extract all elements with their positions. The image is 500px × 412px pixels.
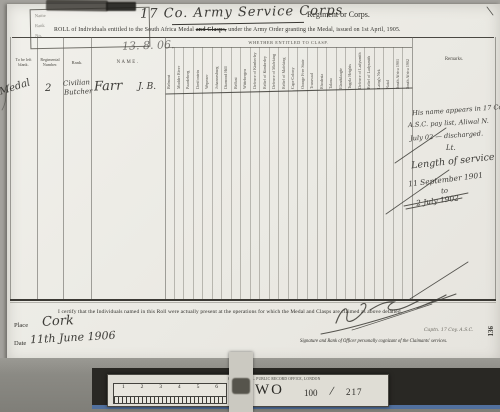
clasp-label: Natal — [386, 49, 390, 89]
clasp-label: South Africa 1902 — [406, 49, 410, 89]
clasp-label: Relief of Ladysmith — [367, 49, 371, 89]
clasp-label: Tugela Heights — [348, 49, 352, 89]
ruler-ticks-icon — [114, 396, 226, 403]
clasp-label: South Africa 1901 — [396, 49, 400, 89]
header-rank: Rank. — [64, 60, 90, 65]
row-regimental-number: 2 — [45, 83, 51, 94]
ink-stamp-smudge-dark — [106, 2, 136, 11]
clasp-column: Defence of Ladysmith — [356, 47, 366, 300]
clasp-column: Modder River — [175, 47, 185, 300]
header-remarks: Remarks. — [413, 57, 495, 62]
ruler-number: 2 — [141, 384, 144, 391]
certification-text: I certify that the Individuals named in … — [58, 309, 402, 315]
officer-rank: Captn. 17 Coy. A.S.C. — [424, 328, 473, 333]
clasp-label: Relief of Kimberley — [263, 49, 267, 89]
ruler-number: 3 — [159, 384, 162, 391]
table-bottom-rule — [10, 299, 496, 301]
clasp-label: Elandslaagte — [339, 49, 343, 89]
clasp-column: Transvaal — [308, 47, 318, 300]
header-clasp-span: WHETHER ENTITLED TO CLASP. — [165, 40, 412, 45]
ink-stamp-smudge — [46, 0, 108, 11]
place-value: Cork — [42, 313, 75, 330]
clasp-column: Tugela Heights — [346, 47, 356, 300]
clasp-label: Transvaal — [310, 49, 314, 89]
clasp-column: Rhodesia — [318, 47, 328, 300]
clasp-label: Defence of Ladysmith — [358, 49, 362, 89]
header-blank: To be left blank. — [11, 57, 36, 67]
ruler-number: 1 — [122, 384, 125, 391]
ruler-number: 6 — [215, 384, 218, 391]
reference-piece: 217 — [346, 387, 363, 397]
clasp-label: Wepener — [205, 49, 209, 89]
clasp-label: Wittebergen — [243, 49, 247, 89]
clasp-column: Elandslaagte — [337, 47, 347, 300]
clasp-column: Wittebergen — [241, 47, 251, 300]
header-number: Regimental Number. — [38, 57, 62, 67]
table-bottom-rule-thin — [10, 302, 496, 303]
clasp-column: Johannesburg — [213, 47, 223, 300]
table-line-right — [495, 37, 496, 300]
reference-series: 100 — [304, 388, 318, 398]
clasp-label: Paardeberg — [186, 49, 190, 89]
table-line-col1 — [37, 37, 38, 300]
clasp-column: Diamond Hill — [222, 47, 232, 300]
clasp-label: Cape Colony — [291, 49, 295, 89]
clasp-column: Orange Free State — [298, 47, 308, 300]
clasp-label: Relief of Mafeking — [282, 49, 286, 89]
roll-title-pre: ROLL of Individuals entitled to the Sout… — [54, 27, 196, 33]
ruler-number: 4 — [178, 384, 181, 391]
clasp-column: Wepener — [203, 47, 213, 300]
clasp-column: Relief of Mafeking — [279, 47, 289, 300]
roll-title-struck: and Clasps, — [196, 27, 227, 33]
clasp-label: Rhodesia — [320, 49, 324, 89]
roll-title-post: under the Army Order granting the Medal,… — [227, 27, 401, 33]
clasp-label: Dreifontein — [196, 49, 200, 89]
table-line-col3 — [91, 37, 92, 300]
binder-clip-tab — [229, 352, 253, 412]
row-initials: J. B. — [138, 82, 156, 92]
clasp-label: Talana — [329, 49, 333, 89]
table-line-col2 — [63, 37, 64, 300]
clasp-label: Belmont — [167, 49, 171, 89]
clasp-label: Orange Free State — [301, 49, 305, 89]
ruler-numbers: 123456 — [114, 384, 226, 391]
ruler: 123456 — [113, 383, 227, 404]
clasp-column: Defence of Kimberley — [251, 47, 261, 300]
signature-caption: Signature and Rank of Officer personally… — [300, 339, 447, 344]
header-name: NAME. — [92, 60, 164, 65]
clasp-column: Laing's Nek — [375, 47, 385, 300]
table-line-left — [10, 37, 11, 300]
clasp-columns: Belmont Modder River Paardeberg Dreifont… — [165, 47, 412, 300]
clasp-column: Defence of Mafeking — [270, 47, 280, 300]
clasp-column: Dreifontein — [194, 47, 204, 300]
clasp-label: Modder River — [177, 49, 181, 89]
clasp-column: South Africa 1901 — [394, 47, 404, 300]
clasp-column: Belmont — [165, 47, 175, 300]
ruler-number: 5 — [197, 384, 200, 391]
row-rank-line1: Civilian — [63, 78, 90, 87]
regiment-label: Regiment or Corps. — [307, 10, 370, 19]
roll-title: ROLL of Individuals entitled to the Sout… — [54, 27, 401, 33]
place-label: Place — [14, 322, 28, 329]
clasp-column: Cape Colony — [289, 47, 299, 300]
clasp-column: Relief of Ladysmith — [365, 47, 375, 300]
binder-clip-smudge — [232, 378, 250, 394]
clasp-label: Defence of Kimberley — [253, 49, 257, 89]
header-rule — [12, 37, 494, 38]
clasp-label: Laing's Nek — [377, 49, 381, 89]
page-number: 136 — [487, 326, 495, 337]
clasp-column: South Africa 1902 — [403, 47, 412, 300]
reference-dept: WO — [255, 382, 284, 399]
clasp-label: Defence of Mafeking — [272, 49, 276, 89]
clasp-label: Diamond Hill — [224, 49, 228, 89]
clasp-label: Belfast — [234, 49, 238, 89]
row-surname: Farr — [94, 79, 123, 95]
row-rank-line2: Butcher — [64, 87, 93, 96]
clasp-label: Johannesburg — [215, 49, 219, 89]
clasp-column: Belfast — [232, 47, 242, 300]
clasp-column: Relief of Kimberley — [260, 47, 270, 300]
clasp-column: Natal — [384, 47, 394, 300]
reference-separator: / — [328, 383, 335, 399]
archive-strip: COPYRIGHT — PUBLIC RECORD OFFICE, LONDON… — [0, 358, 500, 412]
scanned-medal-roll-page: { "page": { "title_handwritten": "17 Co.… — [0, 0, 500, 412]
clasp-column: Paardeberg — [184, 47, 194, 300]
date-label: Date — [14, 340, 26, 347]
clasp-column: Talana — [327, 47, 337, 300]
remarks-note-4: Lt. — [446, 144, 456, 152]
